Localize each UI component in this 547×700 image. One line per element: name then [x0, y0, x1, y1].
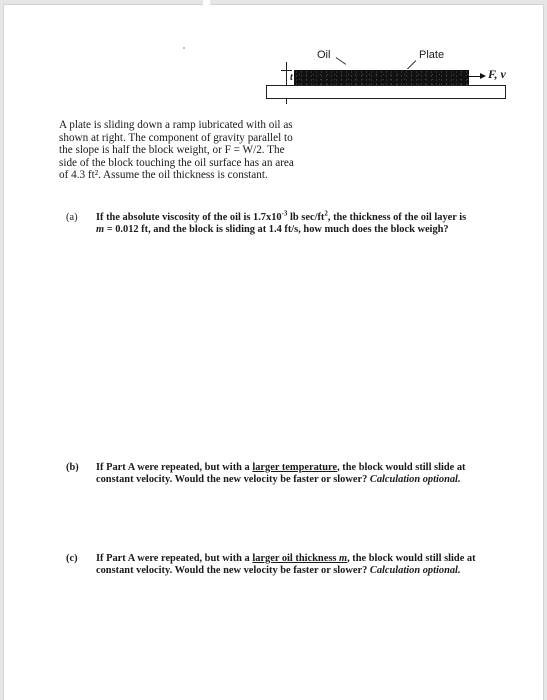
- page-notch: [203, 0, 210, 6]
- question-c: (c) If Part A were repeated, but with a …: [66, 553, 496, 578]
- oil-leader-line: [336, 57, 346, 65]
- question-text: = 0.012 ft, and the block is sliding at …: [104, 224, 449, 235]
- variable-m: m: [96, 224, 104, 235]
- question-text: If the absolute viscosity of the oil is …: [96, 212, 282, 223]
- question-letter: (b): [66, 462, 92, 474]
- calculation-note: Calculation optional.: [370, 474, 461, 485]
- document-page: Oil Plate t F, v A plate is sliding down…: [3, 4, 544, 700]
- question-letter: (c): [66, 553, 92, 565]
- question-text: , the thickness of the oil layer is: [328, 212, 466, 223]
- force-velocity-label: F, v: [488, 67, 506, 82]
- scan-speck: [183, 47, 185, 49]
- problem-intro: A plate is sliding down a ramp iubricate…: [59, 119, 304, 182]
- question-text: lb sec/ft: [287, 212, 324, 223]
- oil-plate-diagram: Oil Plate t F, v: [259, 43, 529, 105]
- oil-label: Oil: [317, 49, 330, 61]
- variable-m: m: [339, 553, 347, 564]
- question-b: (b) If Part A were repeated, but with a …: [66, 462, 496, 487]
- question-text: If Part A were repeated, but with a: [96, 462, 252, 473]
- question-a: (a) If the absolute viscosity of the oil…: [66, 212, 496, 237]
- underlined-phrase: larger temperature: [252, 462, 337, 473]
- oil-layer-block: [294, 70, 469, 85]
- question-text: If Part A were repeated, but with a: [96, 553, 252, 564]
- question-body: If Part A were repeated, but with a larg…: [96, 553, 496, 578]
- question-body: If the absolute viscosity of the oil is …: [96, 212, 496, 237]
- ramp-surface: [266, 85, 506, 99]
- underlined-phrase: larger oil thickness: [252, 553, 339, 564]
- plate-surface-line: [311, 69, 451, 70]
- thickness-tick-top: [281, 70, 292, 71]
- question-letter: (a): [66, 212, 92, 224]
- question-body: If Part A were repeated, but with a larg…: [96, 462, 496, 487]
- force-arrow-icon: [459, 76, 481, 77]
- plate-label: Plate: [419, 49, 444, 61]
- calculation-note: Calculation optional.: [370, 565, 461, 576]
